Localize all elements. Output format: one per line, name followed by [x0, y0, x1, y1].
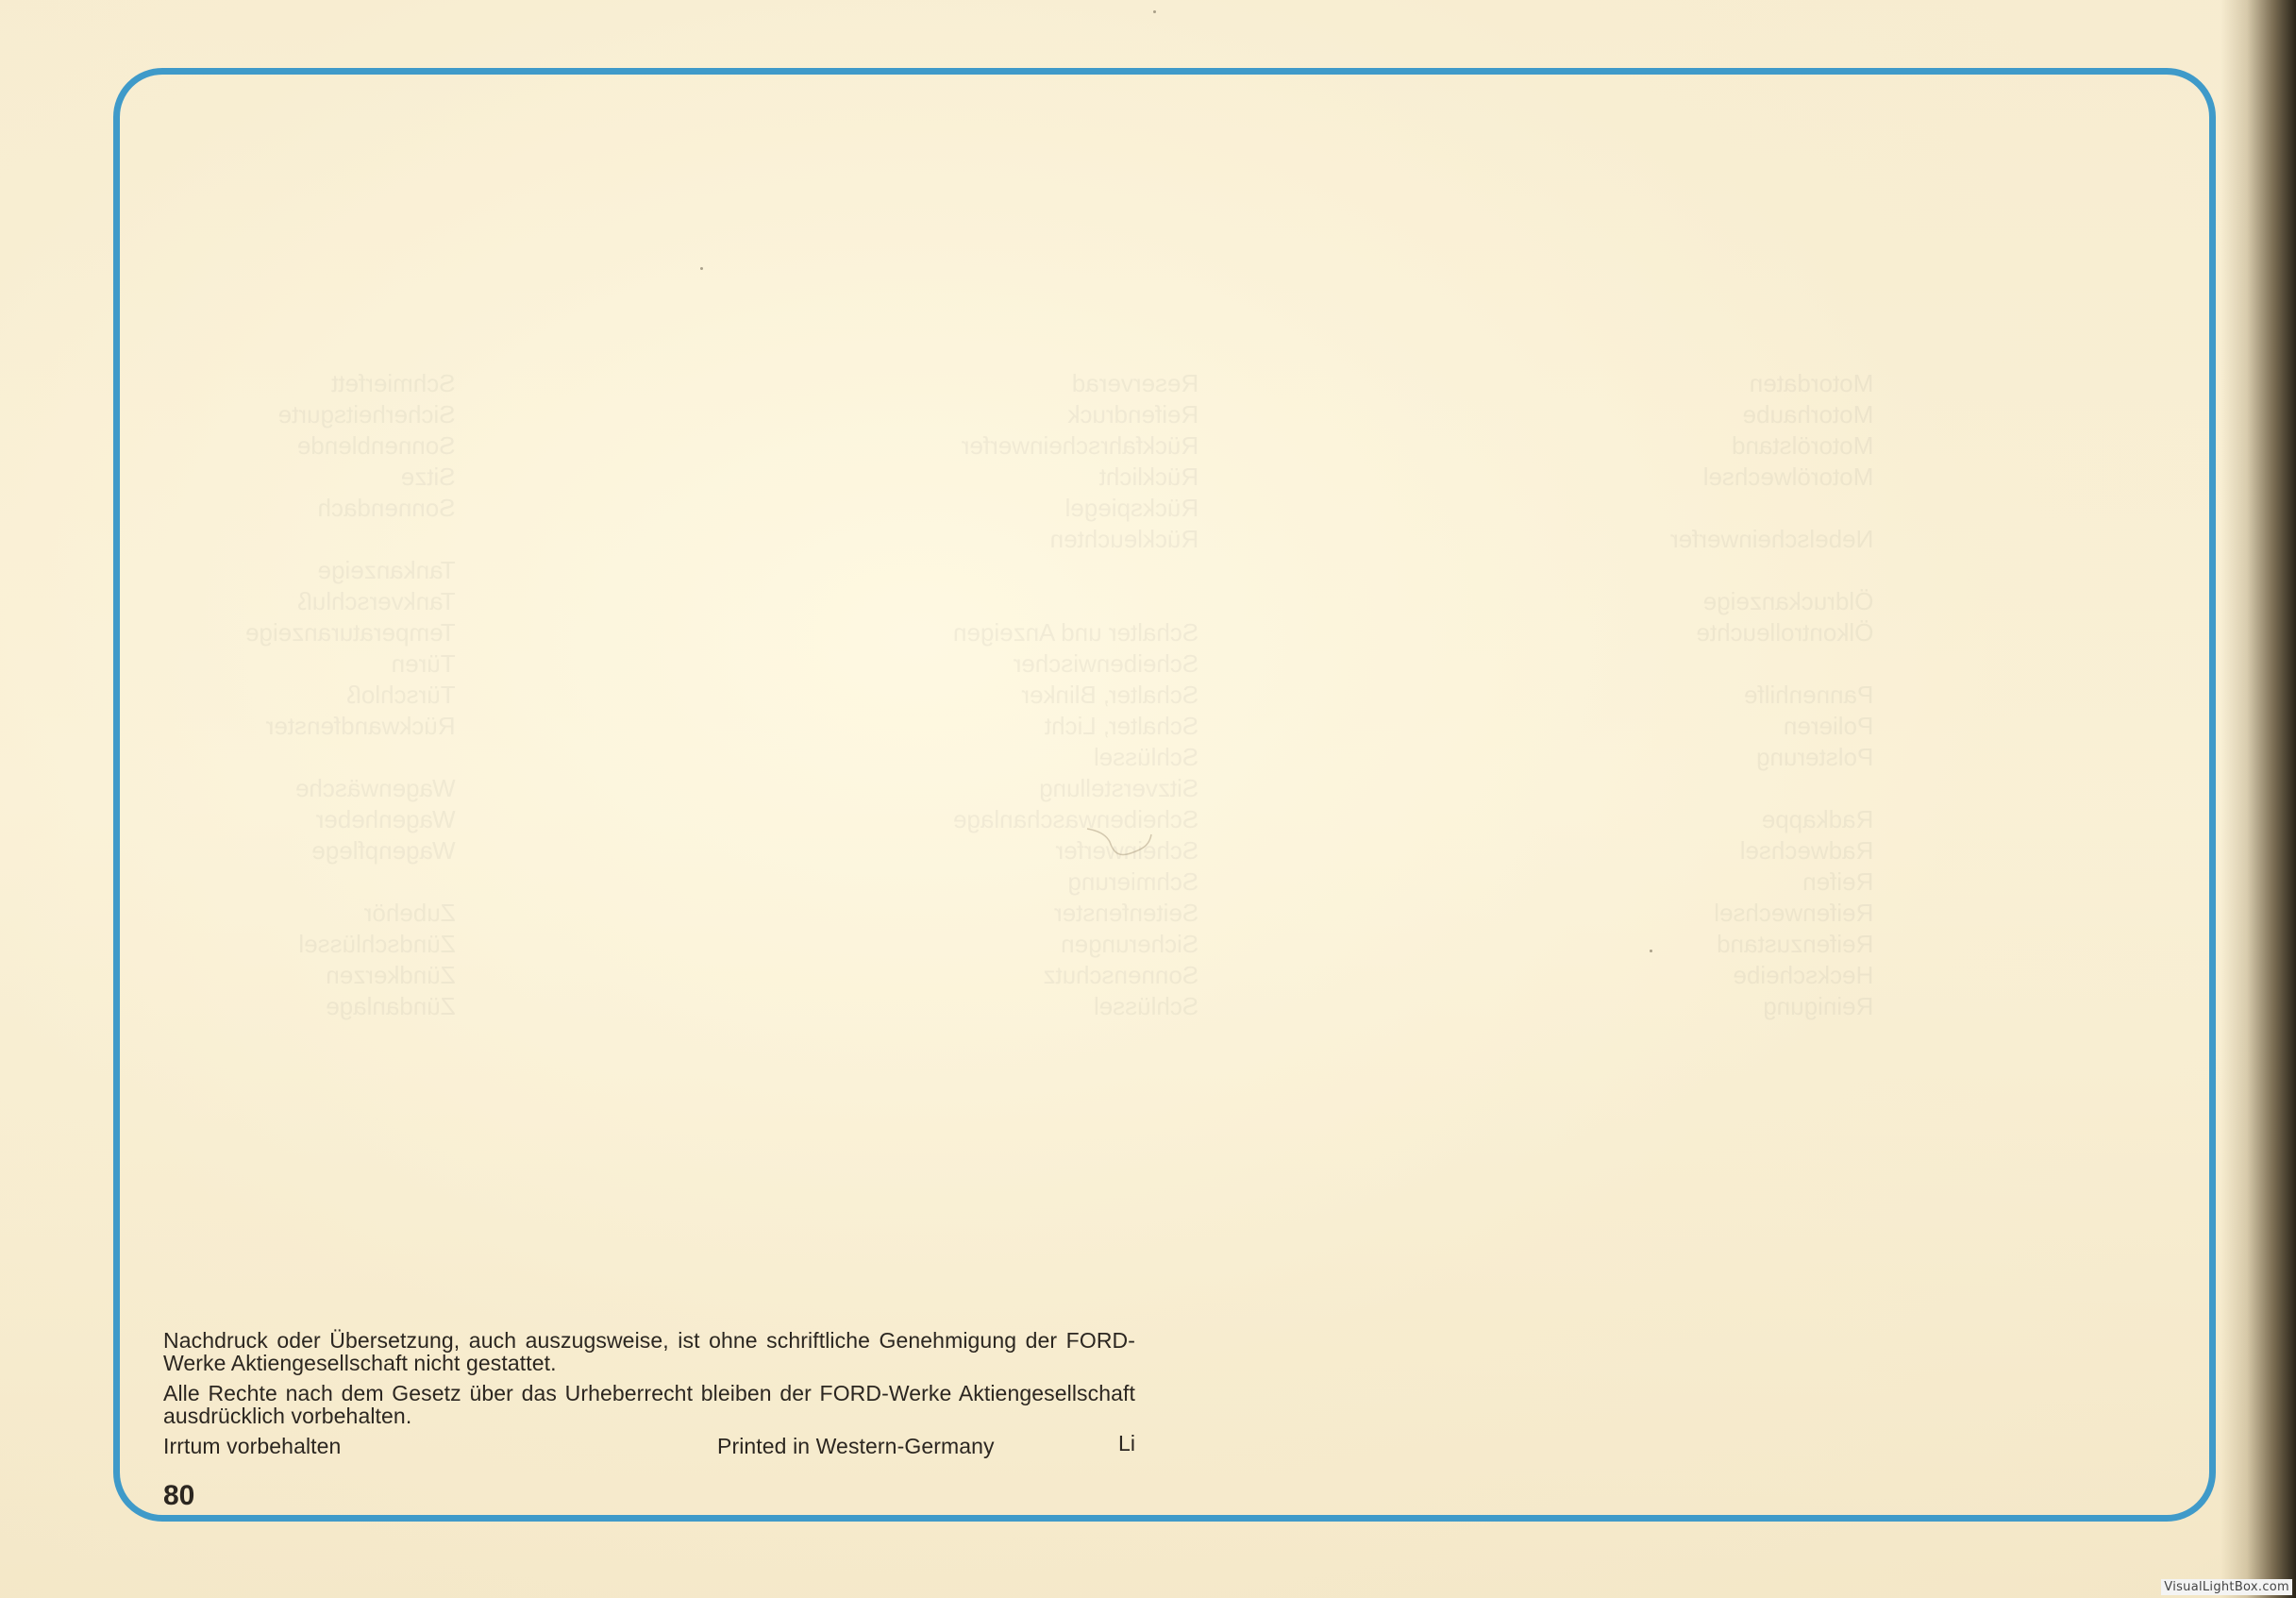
publisher-notice: Nachdruck oder Übersetzung, auch auszugs… — [163, 1329, 1135, 1459]
watermark: VisualLightBox.com — [2161, 1579, 2292, 1595]
errata-note: Irrtum vorbehalten — [163, 1435, 341, 1457]
book-binding-shadow — [2221, 0, 2296, 1598]
reprint-notice: Nachdruck oder Übersetzung, auch auszugs… — [163, 1329, 1135, 1374]
page-frame-border — [113, 68, 2216, 1522]
printed-in-note: Printed in Western-Germany — [717, 1435, 995, 1457]
paper-speck — [1153, 10, 1156, 13]
page-number: 80 — [163, 1480, 194, 1512]
imprint-line: Irrtum vorbehalten Printed in Western-Ge… — [163, 1435, 1135, 1459]
printer-mark: Li — [1118, 1432, 1135, 1455]
copyright-notice: Alle Rechte nach dem Gesetz über das Urh… — [163, 1382, 1135, 1427]
